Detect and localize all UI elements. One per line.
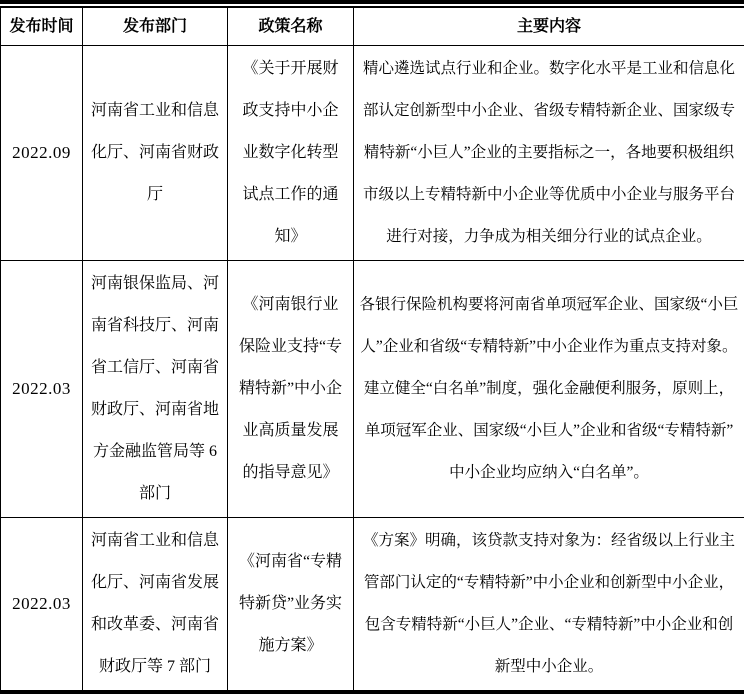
table-row: 2022.03 河南银保监局、河南省科技厅、河南省工信厅、河南省财政厅、河南省地… (1, 260, 744, 517)
department-cell: 河南省工业和信息化厅、河南省财政厅 (83, 45, 228, 260)
policy-name-cell: 《河南省“专精特新贷”业务实施方案》 (228, 517, 354, 692)
policy-name-cell: 《关于开展财政支持中小企业数字化转型试点工作的通知》 (228, 45, 354, 260)
main-content-cell: 《方案》明确，该贷款支持对象为：经省级以上行业主管部门认定的“专精特新”中小企业… (354, 517, 744, 692)
table-row: 2022.03 河南省工业和信息化厅、河南省发展和改革委、河南省财政厅等 7 部… (1, 517, 744, 692)
col-header-main-content: 主要内容 (354, 7, 744, 45)
col-header-policy-name: 政策名称 (228, 7, 354, 45)
col-header-publish-date: 发布时间 (1, 7, 83, 45)
policy-table-wrapper: 发布时间 发布部门 政策名称 主要内容 2022.09 河南省工业和信息化厅、河… (0, 0, 744, 694)
table-row: 2022.09 河南省工业和信息化厅、河南省财政厅 《关于开展财政支持中小企业数… (1, 45, 744, 260)
policy-table: 发布时间 发布部门 政策名称 主要内容 2022.09 河南省工业和信息化厅、河… (0, 6, 744, 694)
main-content-cell: 各银行保险机构要将河南省单项冠军企业、国家级“小巨人”企业和省级“专精特新”中小… (354, 260, 744, 517)
policy-name-cell: 《河南银行业保险业支持“专精特新”中小企业高质量发展的指导意见》 (228, 260, 354, 517)
col-header-department: 发布部门 (83, 7, 228, 45)
publish-date-cell: 2022.09 (1, 45, 83, 260)
department-cell: 河南银保监局、河南省科技厅、河南省工信厅、河南省财政厅、河南省地方金融监管局等 … (83, 260, 228, 517)
header-row: 发布时间 发布部门 政策名称 主要内容 (1, 7, 744, 45)
department-cell: 河南省工业和信息化厅、河南省发展和改革委、河南省财政厅等 7 部门 (83, 517, 228, 692)
publish-date-cell: 2022.03 (1, 260, 83, 517)
publish-date-cell: 2022.03 (1, 517, 83, 692)
main-content-cell: 精心遴选试点行业和企业。数字化水平是工业和信息化部认定创新型中小企业、省级专精特… (354, 45, 744, 260)
